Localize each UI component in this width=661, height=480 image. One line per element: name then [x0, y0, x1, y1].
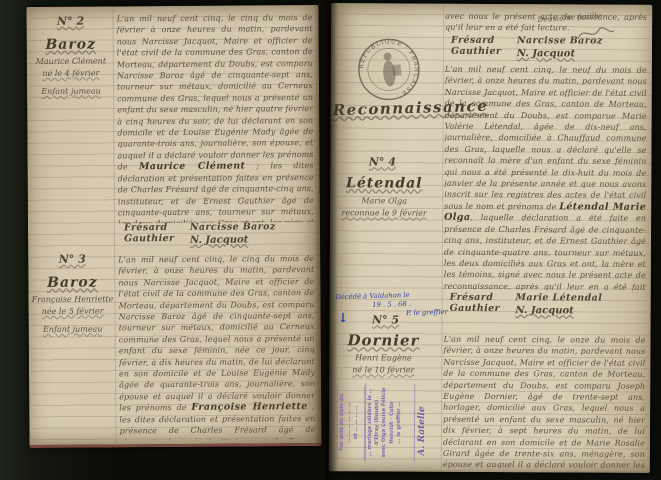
act2-child-name: Maurice Clément	[139, 161, 246, 173]
act2-body: L'an mil neuf cent cinq, le cinq du mois…	[117, 12, 314, 223]
act5-margin-date: né le 10 février	[333, 365, 433, 375]
stamp-a-line3: et … … … …	[353, 385, 361, 459]
act3-margin-number: N° 3	[34, 252, 110, 266]
act3-margin-surname: Baroz	[30, 274, 114, 291]
greffier-signature-purple: A. Ratelle	[417, 394, 427, 456]
act2-margin-surname: Baroz	[29, 36, 113, 53]
act3-officiant-signature: N. Jacquot	[451, 48, 641, 60]
act3-child-name: Françoise Henriette	[191, 401, 307, 413]
left-page: N° 2 Baroz Maurice Clément né le 4 févri…	[26, 5, 321, 448]
margin-crease-left	[112, 6, 116, 444]
act3-continuation: avec nous le présent acte de naissance, …	[445, 11, 647, 36]
act3-body-before: L'an mil neuf cent cinq, le cinq du mois…	[118, 254, 315, 413]
act2-margin-number: N° 2	[33, 14, 109, 28]
act4-body: L'an mil neuf cent cinq, le neuf du mois…	[444, 64, 647, 291]
act2-margin-date: né le 4 février	[29, 68, 113, 78]
act4-margin-given: Marie Olga	[334, 196, 434, 206]
act4-margin-number: N° 4	[344, 155, 420, 168]
act3-margin-note: Enfant jumeau	[31, 324, 115, 334]
act3-margin-given: Françoise Henriette	[30, 294, 114, 304]
section-title-reconnaissance: Reconnaissance	[332, 98, 454, 120]
marriage-mention-stamp-a: Par acte en date du … … … … … … et … … ……	[337, 385, 365, 459]
act2-body-before: L'an mil neuf cent cinq, le cinq du mois…	[117, 13, 314, 172]
act5-margin-given: Henri Eugène	[333, 353, 433, 363]
blue-arrow-down-icon: ↓	[338, 311, 349, 326]
act5-margin-surname: Dornier	[333, 331, 433, 350]
act4-body-after: , laquelle déclaration a été faite en pr…	[444, 213, 646, 291]
republique-francaise-stamp-icon: RÉPUBLIQUE · FRANÇAISE ·	[352, 32, 426, 106]
act3-margin-date: née le 5 février	[31, 306, 115, 316]
marriage-mention-stamp-b: … mariage célébré le … d'Etray (Doubs) a…	[365, 383, 415, 461]
stamp-b-line5: … le greffier …	[396, 384, 404, 462]
act5-body: L'an mil neuf cent cinq, le onze du mois…	[443, 334, 646, 469]
right-page: Deuxième feuille avec nous le présent ac…	[329, 3, 652, 473]
act2-officiant-signature: N. Jacquot	[124, 234, 314, 246]
act2-margin-note: Enfant jumeau	[29, 86, 113, 96]
act4-margin-date: reconnue le 9 février	[334, 208, 434, 218]
register-scan: N° 2 Baroz Maurice Clément né le 4 févri…	[0, 0, 661, 480]
stamp-b-line3: avec Olga Louise Félicie	[381, 383, 389, 461]
act2-margin-given: Maurice Clément	[29, 56, 113, 66]
act4-body-before: L'an mil neuf cent cinq, le neuf du mois…	[444, 65, 647, 211]
act5-margin-number: N° 5	[356, 313, 416, 326]
act4-margin-surname: Létendal	[334, 175, 434, 192]
act4-officiant-signature: N. Jacquot	[450, 305, 640, 317]
act3-body: L'an mil neuf cent cinq, le cinq du mois…	[118, 253, 315, 440]
